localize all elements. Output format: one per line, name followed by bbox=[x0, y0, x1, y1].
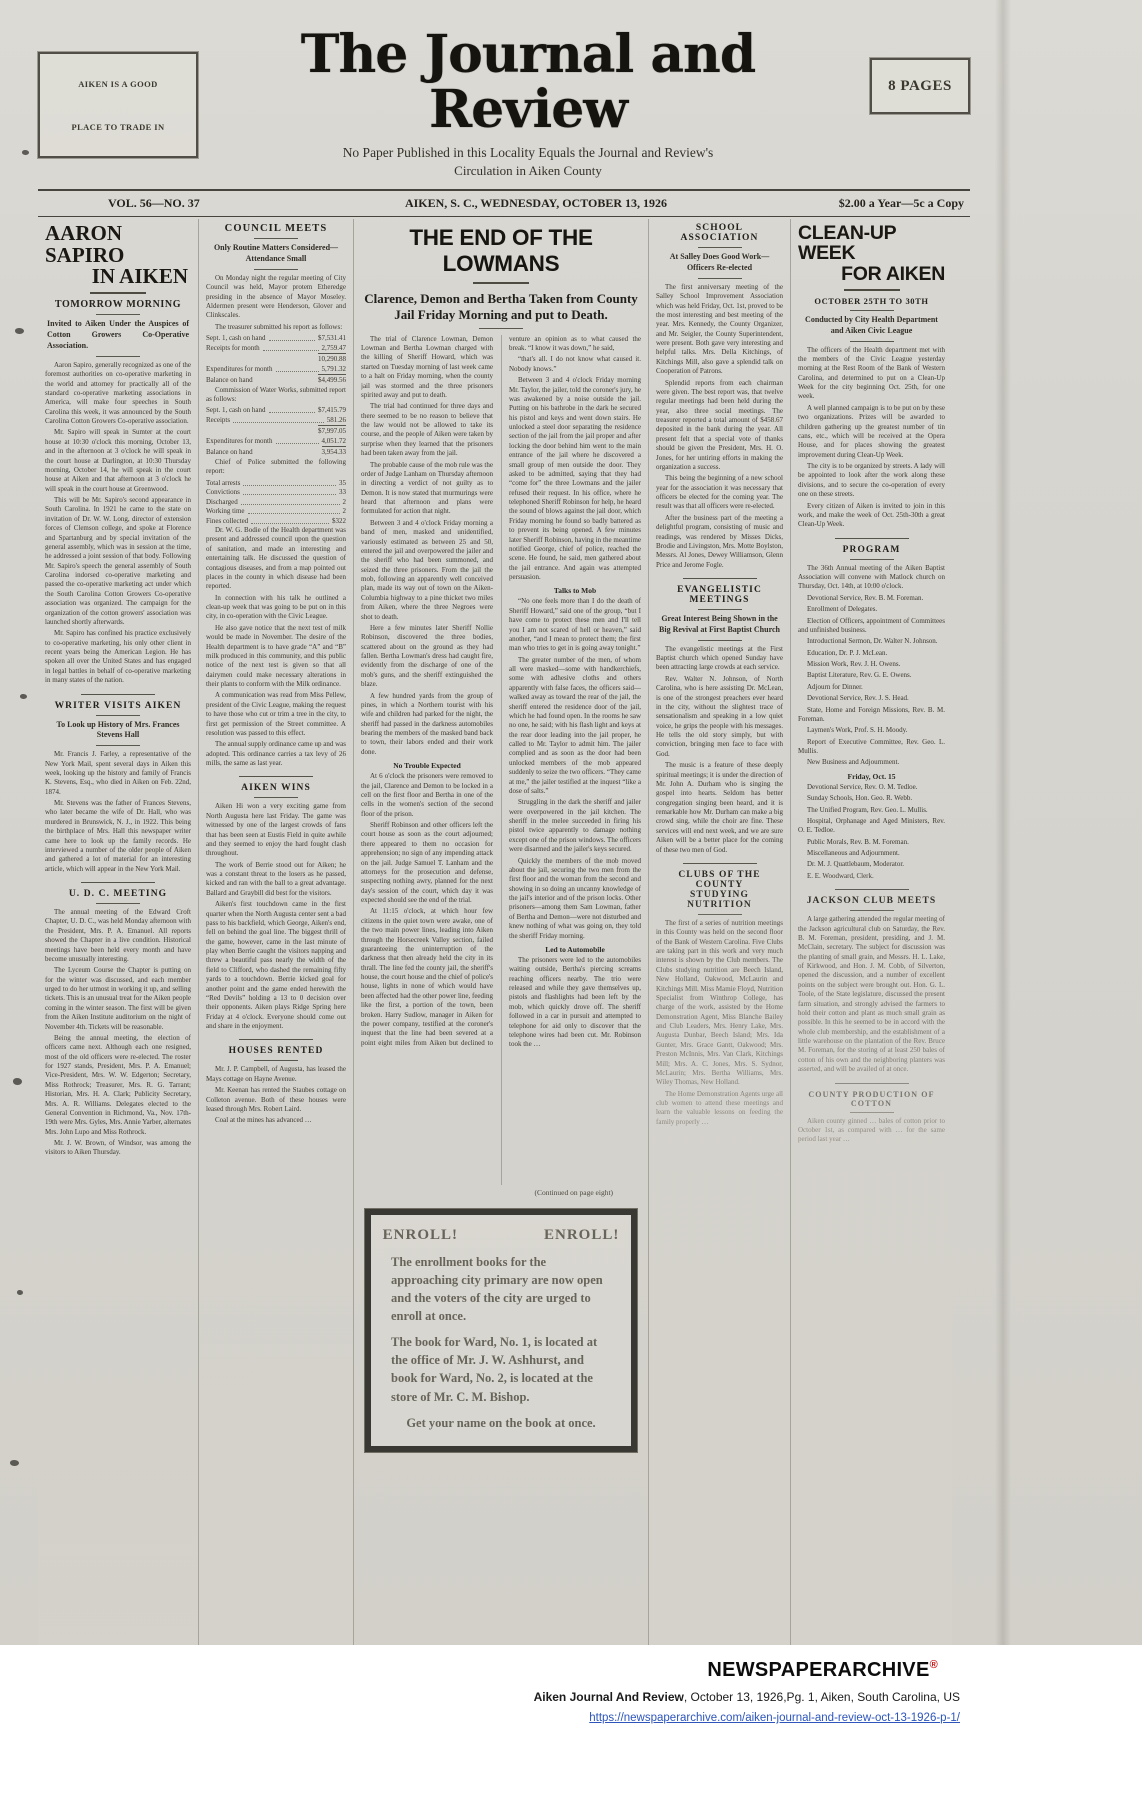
divider bbox=[96, 715, 140, 716]
divider bbox=[254, 797, 298, 798]
trade-slogan-box: AIKEN IS A GOOD PLACE TO TRADE IN bbox=[38, 52, 198, 158]
heading-jackson-club-meets: JACKSON CLUB MEETS bbox=[798, 896, 945, 906]
paragraph: The greater number of the men, of whom a… bbox=[509, 656, 641, 797]
paragraph: The annual supply ordinance came up and … bbox=[206, 740, 346, 768]
report-row: Discharged2 bbox=[206, 498, 346, 506]
divider bbox=[90, 292, 146, 294]
deck: Great Interest Being Shown in the Big Re… bbox=[656, 614, 783, 636]
kicker: OCTOBER 25TH TO 30TH bbox=[798, 296, 945, 306]
divider bbox=[683, 863, 757, 864]
paragraph: Introductional Sermon, Dr. Walter N. Joh… bbox=[798, 637, 945, 646]
divider bbox=[254, 269, 298, 270]
price: $2.00 a Year—5c a Copy bbox=[750, 196, 966, 211]
paragraph: The Lyceum Course the Chapter is putting… bbox=[45, 966, 191, 1032]
report-row: Total arrests35 bbox=[206, 479, 346, 487]
article-body: The trial of Clarence Lowman, Demon Lowm… bbox=[361, 335, 641, 1185]
divider bbox=[96, 314, 140, 315]
archive-footer: NEWSPAPERARCHIVE® Aiken Journal And Revi… bbox=[0, 1645, 1142, 1814]
paragraph: On Monday night the regular meeting of C… bbox=[206, 274, 346, 321]
divider bbox=[835, 538, 909, 539]
paragraph: Mr. Sapiro has confined his practice exc… bbox=[45, 629, 191, 685]
paragraph: Public Morals, Rev. B. M. Foreman. bbox=[798, 838, 945, 847]
heading-evangelistic-meetings: EVANGELISTIC MEETINGS bbox=[656, 585, 783, 605]
paragraph: Devotional Service, Rev. O. M. Tedloe. bbox=[798, 783, 945, 792]
paragraph: Aaron Sapiro, generally recognized as on… bbox=[45, 361, 191, 427]
heading-clubs-nutrition: CLUBS OF THE COUNTY STUDYING NUTRITION bbox=[656, 870, 783, 910]
report-row: Sept. 1, cash on hand$7,531.41 bbox=[206, 334, 346, 342]
headline-aaron-sapiro: AARON SAPIRO IN AIKEN bbox=[45, 223, 191, 287]
divider bbox=[239, 776, 313, 777]
report-row: Expenditures for month4,051.72 bbox=[206, 437, 346, 445]
paragraph: Commission of Water Works, submitted rep… bbox=[206, 386, 346, 405]
newspaperarchive-logo: NEWSPAPERARCHIVE® bbox=[534, 1659, 938, 1682]
paragraph: New Business and Adjournment. bbox=[798, 758, 945, 767]
paragraph: Being the annual meeting, the election o… bbox=[45, 1034, 191, 1137]
citation-line: Aiken Journal And Review, October 13, 19… bbox=[534, 1690, 960, 1704]
paragraph: Miscellaneous and Adjournment. bbox=[798, 849, 945, 858]
police-report: Total arrests35Convictions33Discharged2W… bbox=[206, 479, 346, 525]
paragraph: “No one feels more than I do the death o… bbox=[509, 597, 641, 653]
enroll-title: ENROLL! bbox=[544, 1227, 619, 1244]
deck: At Salley Does Good Work—Officers Re-ele… bbox=[656, 252, 783, 274]
paragraph: He also gave notice that the next test o… bbox=[206, 624, 346, 690]
divider bbox=[473, 282, 529, 284]
date-line: AIKEN, S. C., WEDNESDAY, OCTOBER 13, 192… bbox=[322, 196, 750, 211]
treasurer-report: Sept. 1, cash on hand$7,531.41Receipts f… bbox=[206, 334, 346, 384]
subheading: Friday, Oct. 15 bbox=[798, 772, 945, 781]
heading-county-production-of-cotton: COUNTY PRODUCTION OF COTTON bbox=[798, 1090, 945, 1108]
paragraph: The officers of the Health department me… bbox=[798, 346, 945, 402]
dateline-bar: VOL. 56—NO. 37 AIKEN, S. C., WEDNESDAY, … bbox=[38, 189, 970, 217]
paragraph: Aiken's first touchdown came in the firs… bbox=[206, 900, 346, 1031]
deck: Only Routine Matters Considered—Attendan… bbox=[206, 243, 346, 265]
paragraph: In connection with his talk he outlined … bbox=[206, 594, 346, 622]
paragraph: Mr. Sapiro will speak in Sumter at the c… bbox=[45, 428, 191, 494]
paragraph: Adjourn for Dinner. bbox=[798, 683, 945, 692]
paragraph: Every citizen of Aiken is invited to joi… bbox=[798, 502, 945, 530]
masthead-tagline: Circulation in Aiken County bbox=[204, 163, 852, 179]
newspaper-title: The Journal and Review bbox=[204, 28, 852, 137]
source-url-link[interactable]: https://newspaperarchive.com/aiken-journ… bbox=[589, 1712, 960, 1724]
paragraph: The work of Berrie stood out for Aiken; … bbox=[206, 861, 346, 899]
paragraph: This will be Mr. Sapiro's second appeara… bbox=[45, 496, 191, 627]
deck: Conducted by City Health Department and … bbox=[798, 315, 945, 337]
trade-slogan-line: PLACE TO TRADE IN bbox=[44, 122, 192, 132]
divider bbox=[698, 914, 742, 915]
report-row: Balance on hand$4,499.56 bbox=[206, 374, 346, 384]
paragraph: Mr. Keenan has rented the Staubes cottag… bbox=[206, 1086, 346, 1114]
paragraph: A well planned campaign is to be put on … bbox=[798, 404, 945, 460]
paragraph: Struggling in the dark the sheriff and j… bbox=[509, 798, 641, 854]
paragraph: The probable cause of the mob rule was t… bbox=[361, 461, 493, 517]
paragraph: The trial of Clarence Lowman, Demon Lowm… bbox=[361, 335, 493, 401]
report-row: Sept. 1, cash on hand$7,415.79 bbox=[206, 406, 346, 414]
paragraph: State, Home and Foreign Missions, Rev. B… bbox=[798, 706, 945, 725]
divider bbox=[698, 640, 742, 641]
column-council-meets: COUNCIL MEETS Only Routine Matters Consi… bbox=[198, 219, 353, 1645]
paragraph: A few hundred yards from the group of pi… bbox=[361, 692, 493, 758]
enroll-text: Get your name on the book at once. bbox=[391, 1414, 611, 1432]
paragraph: The music is a feature of these deeply s… bbox=[656, 761, 783, 855]
report-row: $7,997.05 bbox=[206, 425, 346, 435]
newspaper-scan: AIKEN IS A GOOD PLACE TO TRADE IN The Jo… bbox=[0, 0, 1142, 1645]
paragraph: Quickly the members of the mob moved abo… bbox=[509, 857, 641, 941]
pages-box: 8 PAGES bbox=[870, 58, 970, 114]
headline-end-of-the-lowmans: THE END OF THE LOWMANS bbox=[361, 225, 641, 277]
heading-program: PROGRAM bbox=[798, 545, 945, 555]
divider bbox=[835, 889, 909, 890]
paragraph: The 36th Annual meeting of the Aiken Bap… bbox=[798, 564, 945, 592]
registered-trademark-icon: ® bbox=[930, 1659, 938, 1671]
water-works-report: Sept. 1, cash on hand$7,415.79Receipts58… bbox=[206, 406, 346, 456]
continued-note: (Continued on page eight) bbox=[507, 1188, 641, 1197]
paragraph: Between 3 and 4 o'clock Friday morning a… bbox=[361, 519, 493, 622]
divider bbox=[81, 694, 155, 695]
masthead: AIKEN IS A GOOD PLACE TO TRADE IN The Jo… bbox=[38, 26, 970, 179]
paragraph: Here a few minutes later Sheriff Nollie … bbox=[361, 624, 493, 690]
enroll-title: ENROLL! bbox=[383, 1227, 458, 1244]
paragraph: Enrollment of Delegates. bbox=[798, 605, 945, 614]
paragraph: Devotional Service, Rev. J. S. Head. bbox=[798, 694, 945, 703]
report-row: Receipts581.26 bbox=[206, 416, 346, 424]
paragraph: Mr. Stevens was the father of Frances St… bbox=[45, 799, 191, 874]
divider bbox=[96, 903, 140, 904]
paragraph: Aiken Hi won a very exciting game from N… bbox=[206, 802, 346, 858]
divider bbox=[81, 882, 155, 883]
enroll-notice-box: ENROLL! ENROLL! The enrollment books for… bbox=[365, 1209, 637, 1452]
paragraph: Hospital, Orphanage and Aged Ministers, … bbox=[798, 817, 945, 836]
paragraph: Aiken county ginned … bales of cotton pr… bbox=[798, 1117, 945, 1145]
divider bbox=[683, 578, 757, 579]
divider bbox=[254, 1060, 298, 1061]
paragraph: Coal at the mines has advanced … bbox=[206, 1116, 346, 1125]
divider bbox=[479, 328, 523, 329]
program-list: Devotional Service, Rev. B. M. Foreman.E… bbox=[798, 594, 945, 881]
article-body: Aaron Sapiro, generally recognized as on… bbox=[45, 361, 191, 686]
report-row: Balance on hand3,954.33 bbox=[206, 446, 346, 456]
paragraph: Between 3 and 4 o'clock Friday morning M… bbox=[509, 376, 641, 582]
subheading: Talks to Mob bbox=[509, 586, 641, 595]
paragraph: Laymen's Work, Prof. S. H. Moody. bbox=[798, 726, 945, 735]
paragraph: Devotional Service, Rev. B. M. Foreman. bbox=[798, 594, 945, 603]
enroll-text: The enrollment books for the approaching… bbox=[391, 1253, 611, 1326]
heading-houses-rented: HOUSES RENTED bbox=[206, 1046, 346, 1056]
paragraph: Mission Work, Rev. J. H. Owens. bbox=[798, 660, 945, 669]
article-body: Aiken county ginned … bales of cotton pr… bbox=[798, 1117, 945, 1145]
report-row: Expenditures for month5,791.32 bbox=[206, 365, 346, 373]
paragraph: Mr. J. W. Brown, of Windsor, was among t… bbox=[45, 1139, 191, 1158]
paragraph: Sunday Schools, Hon. Geo. R. Webb. bbox=[798, 794, 945, 803]
paragraph: The Unified Program, Rev. Geo. L. Mullis… bbox=[798, 806, 945, 815]
enroll-text: The book for Ward, No. 1, is located at … bbox=[391, 1333, 611, 1406]
paragraph: Dr. M. J. Quattlebaum, Moderator. bbox=[798, 860, 945, 869]
divider bbox=[254, 238, 298, 239]
paragraph: Sheriff Robinson and other officers left… bbox=[361, 821, 493, 905]
divider bbox=[698, 278, 742, 279]
trade-slogan-line: AIKEN IS A GOOD bbox=[44, 79, 192, 89]
divider bbox=[844, 289, 900, 291]
heading-school-association: SCHOOL ASSOCIATION bbox=[656, 223, 783, 243]
paragraph: Splendid reports from each chairman were… bbox=[656, 379, 783, 473]
paragraph: The treasurer submitted his report as fo… bbox=[206, 323, 346, 332]
masthead-tagline: No Paper Published in this Locality Equa… bbox=[204, 145, 852, 161]
paragraph: Mr. J. P. Campbell, of Augusta, has leas… bbox=[206, 1065, 346, 1084]
divider bbox=[850, 910, 894, 911]
headline-clean-up-week: CLEAN-UP WEEK FOR AIKEN bbox=[798, 223, 945, 284]
paragraph: Report of Executive Committee, Rev. Geo.… bbox=[798, 738, 945, 757]
volume-number: VOL. 56—NO. 37 bbox=[42, 196, 322, 211]
divider bbox=[850, 559, 894, 560]
divider bbox=[239, 1039, 313, 1040]
article-body: A large gathering attended the regular m… bbox=[798, 915, 945, 1074]
report-row: Fines collected$322 bbox=[206, 517, 346, 525]
paragraph: “that's all. I do not know what caused i… bbox=[509, 355, 641, 374]
paragraph: The evangelistic meetings at the First B… bbox=[656, 645, 783, 673]
article-body: The annual meeting of the Edward Croft C… bbox=[45, 908, 191, 1158]
article-body: Mr. J. P. Campbell, of Augusta, has leas… bbox=[206, 1065, 346, 1125]
column-lowmans: THE END OF THE LOWMANS Clarence, Demon a… bbox=[353, 219, 648, 1645]
paragraph: E. E. Woodward, Clerk. bbox=[798, 872, 945, 881]
subheading: No Trouble Expected bbox=[361, 761, 493, 770]
paragraph: Mr. Francis J. Farley, a representative … bbox=[45, 750, 191, 797]
front-page-columns: AARON SAPIRO IN AIKEN TOMORROW MORNING I… bbox=[38, 219, 970, 1645]
column-school-association: SCHOOL ASSOCIATION At Salley Does Good W… bbox=[648, 219, 790, 1645]
report-row: Receipts for month2,759.47 bbox=[206, 344, 346, 352]
divider bbox=[850, 310, 894, 311]
report-row: Convictions33 bbox=[206, 488, 346, 496]
deck: Invited to Aiken Under the Auspices of C… bbox=[45, 319, 191, 351]
newspaper-archive-page: AIKEN IS A GOOD PLACE TO TRADE IN The Jo… bbox=[0, 0, 1142, 1814]
paragraph: A communication was read from Miss Pelle… bbox=[206, 691, 346, 738]
heading-udc-meeting: U. D. C. MEETING bbox=[45, 889, 191, 899]
divider bbox=[835, 1083, 909, 1084]
article-body: The evangelistic meetings at the First B… bbox=[656, 645, 783, 855]
paragraph: After the business part of the meeting a… bbox=[656, 514, 783, 570]
heading-council-meets: COUNCIL MEETS bbox=[206, 223, 346, 234]
report-row: Working time2 bbox=[206, 507, 346, 515]
article-body: Aiken Hi won a very exciting game from N… bbox=[206, 802, 346, 1031]
kicker: TOMORROW MORNING bbox=[45, 299, 191, 310]
paragraph: Election of Officers, appointment of Com… bbox=[798, 617, 945, 636]
report-row: 10,290.88 bbox=[206, 353, 346, 363]
deck: To Look up History of Mrs. Frances Steve… bbox=[45, 720, 191, 742]
paragraph: A large gathering attended the regular m… bbox=[798, 915, 945, 1074]
paragraph: The annual meeting of the Edward Croft C… bbox=[45, 908, 191, 964]
heading-writer-visits-aiken: WRITER VISITS AIKEN bbox=[45, 701, 191, 711]
paragraph: Chief of Police submitted the following … bbox=[206, 458, 346, 477]
divider bbox=[698, 247, 742, 248]
article-body: The first anniversary meeting of the Sal… bbox=[656, 283, 783, 570]
article-body: The first of a series of nutrition meeti… bbox=[656, 919, 783, 1127]
paragraph: This being the beginning of a new school… bbox=[656, 474, 783, 512]
paragraph: The trial had continued for three days a… bbox=[361, 402, 493, 458]
deck: Clarence, Demon and Bertha Taken from Co… bbox=[361, 291, 641, 324]
paragraph: At 6 o'clock the prisoners were removed … bbox=[361, 772, 493, 819]
article-body: Dr. W. G. Bodie of the Health department… bbox=[206, 526, 346, 768]
divider bbox=[96, 745, 140, 746]
paragraph: Baptist Literature, Rev. G. E. Owens. bbox=[798, 671, 945, 680]
column-clean-up-week: CLEAN-UP WEEK FOR AIKEN OCTOBER 25TH TO … bbox=[790, 219, 952, 1645]
paragraph: The prisoners were led to the automobile… bbox=[509, 956, 641, 1050]
divider bbox=[96, 356, 140, 357]
paragraph: The city is to be organized by streets. … bbox=[798, 462, 945, 500]
paragraph: The first of a series of nutrition meeti… bbox=[656, 919, 783, 1088]
divider bbox=[850, 1112, 894, 1113]
heading-aiken-wins: AIKEN WINS bbox=[206, 783, 346, 793]
paragraph: Dr. W. G. Bodie of the Health department… bbox=[206, 526, 346, 592]
paragraph: The first anniversary meeting of the Sal… bbox=[656, 283, 783, 377]
divider bbox=[850, 341, 894, 342]
paper-fold-shadow bbox=[995, 0, 1011, 1645]
paragraph: Rev. Walter N. Johnson, of North Carolin… bbox=[656, 675, 783, 759]
article-body: Mr. Francis J. Farley, a representative … bbox=[45, 750, 191, 874]
divider bbox=[698, 609, 742, 610]
article-body: On Monday night the regular meeting of C… bbox=[206, 274, 346, 332]
column-aaron-sapiro: AARON SAPIRO IN AIKEN TOMORROW MORNING I… bbox=[38, 219, 198, 1645]
article-body: The officers of the Health department me… bbox=[798, 346, 945, 530]
paragraph: Education, Dr. P. J. McLean. bbox=[798, 649, 945, 658]
subheading: Led to Automobile bbox=[509, 945, 641, 954]
paragraph: The Home Demonstration Agents urge all c… bbox=[656, 1090, 783, 1128]
